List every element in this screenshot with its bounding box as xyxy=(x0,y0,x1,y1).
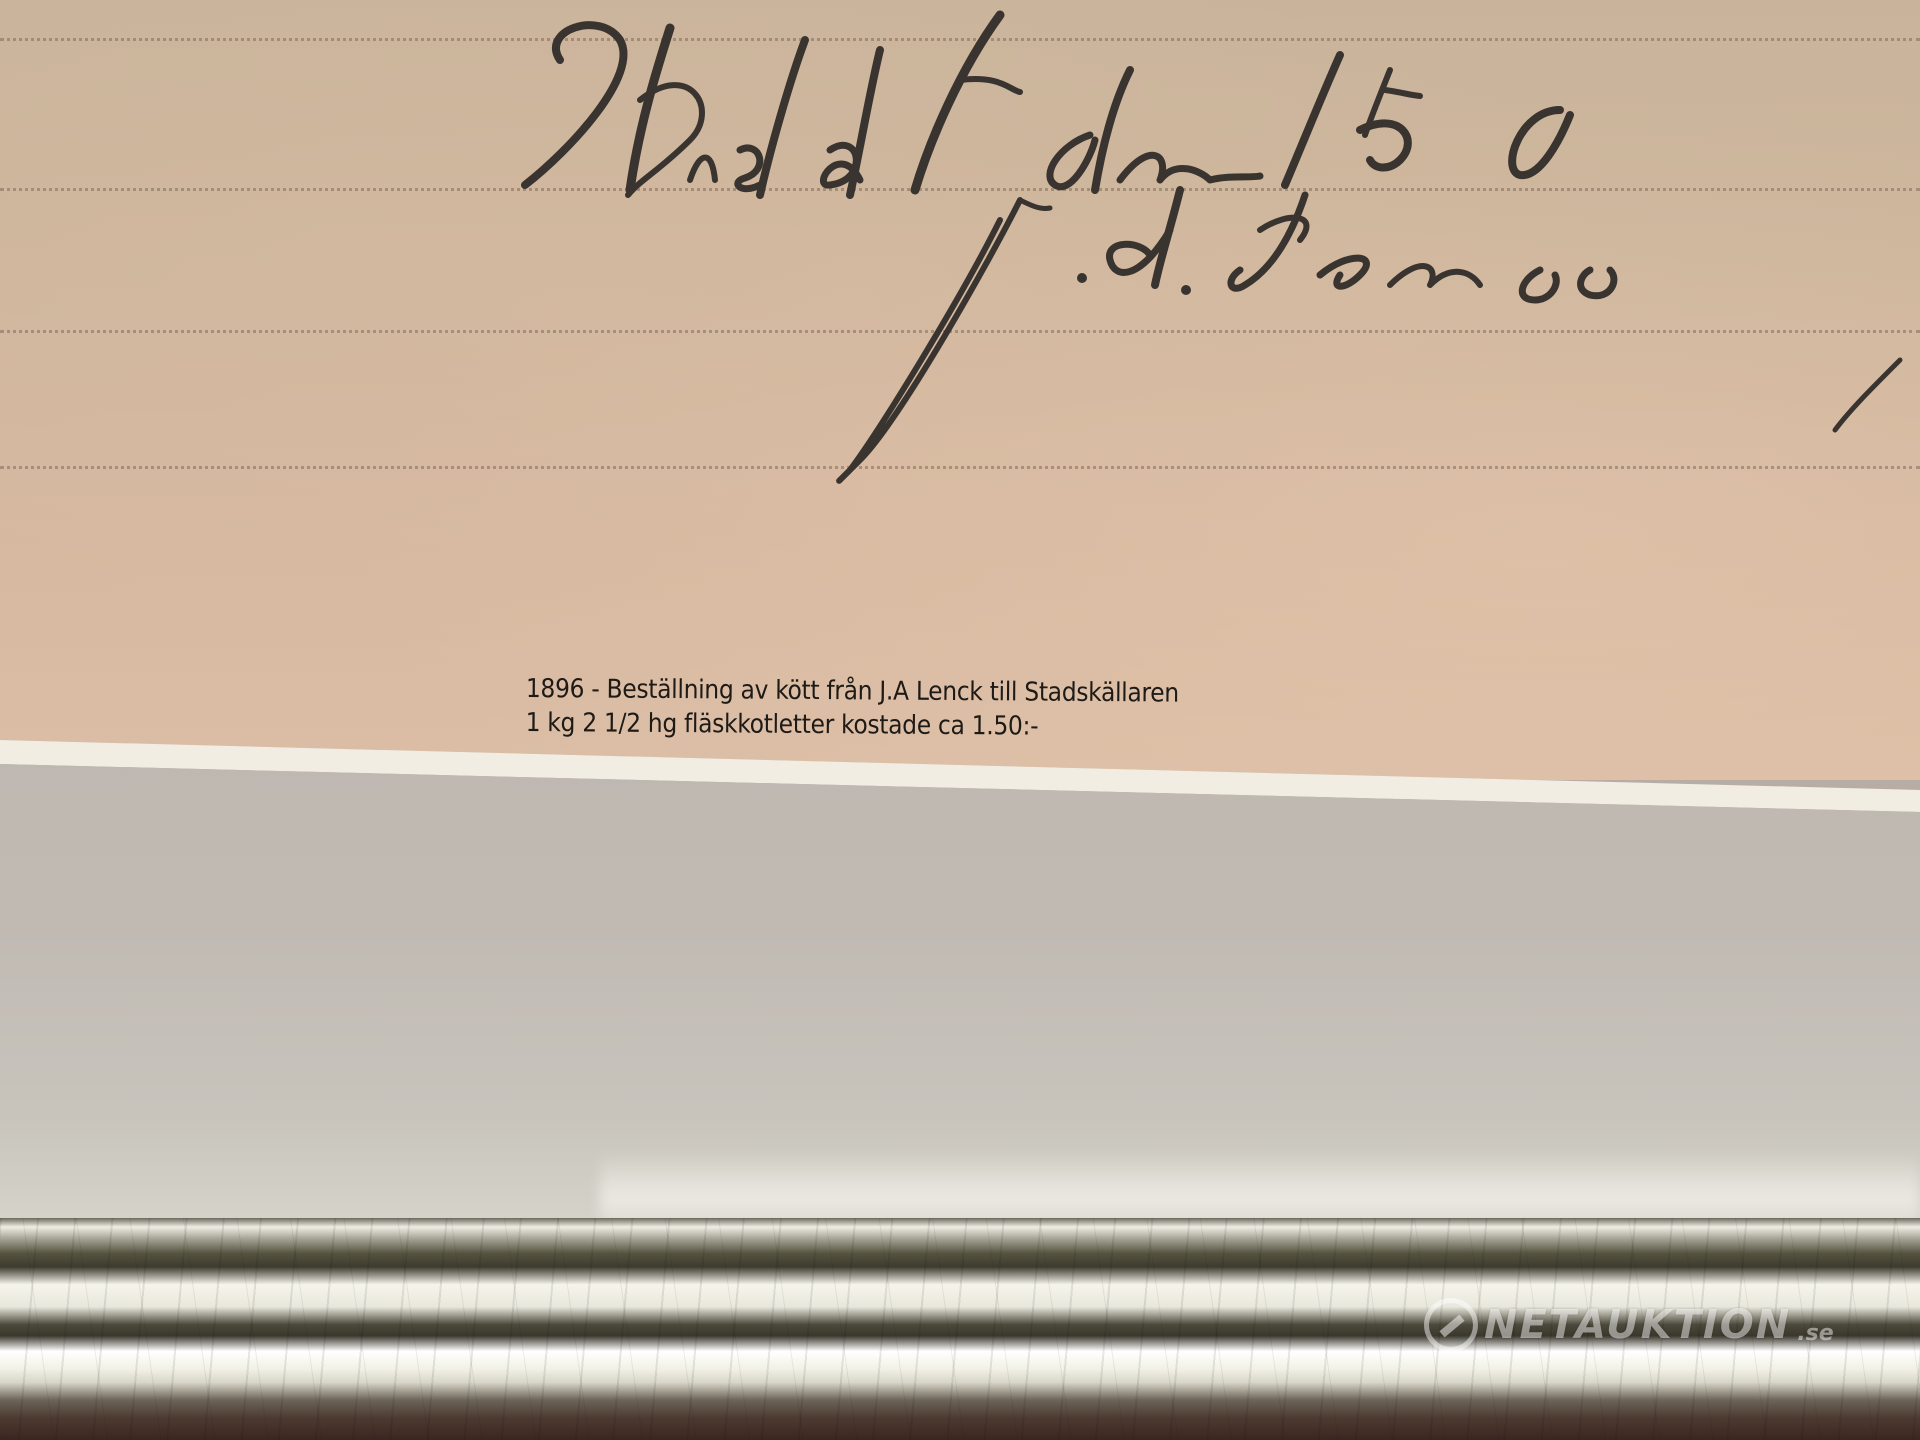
caption-line-price: 1 kg 2 1/2 hg fläskkotletter kostade ca … xyxy=(526,706,1179,745)
watermark-brand: NETAUKTION xyxy=(1484,1302,1791,1348)
watermark-tld: .se xyxy=(1797,1321,1833,1346)
caption-line-title: 1896 - Beställning av kött från J.A Lenc… xyxy=(526,672,1179,711)
handwritten-signature xyxy=(0,0,1920,560)
watermark: NETAUKTION .se xyxy=(1424,1298,1834,1352)
caption-label: 1896 - Beställning av kött från J.A Lenc… xyxy=(526,672,1179,745)
photo-scene: 1896 - Beställning av kött från J.A Lenc… xyxy=(0,0,1920,1440)
hammer-logo-icon xyxy=(1424,1298,1478,1352)
